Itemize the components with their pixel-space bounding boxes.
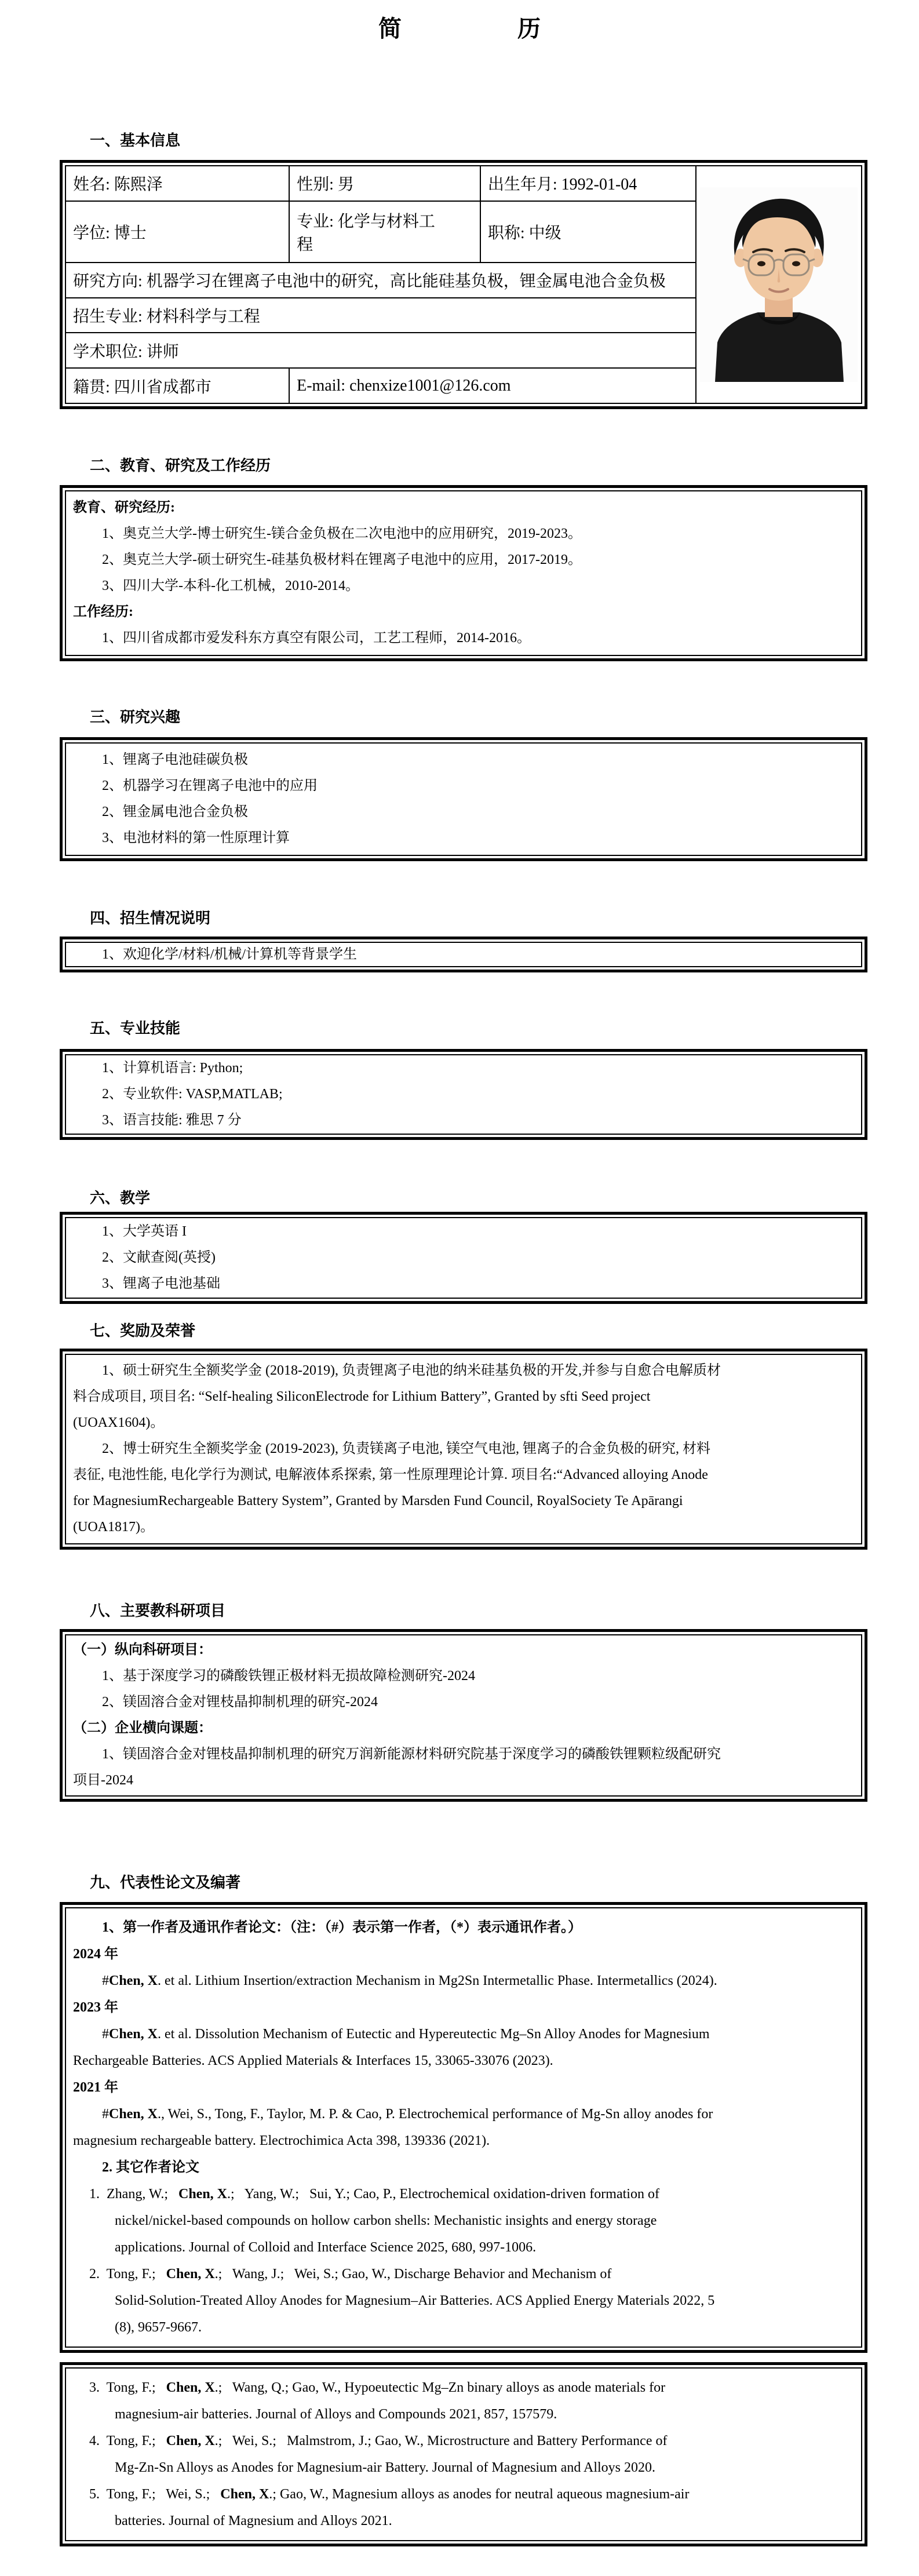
publication-ref: 5. Tong, F.; Wei, S.; Chen, X.; Gao, W.,…: [115, 2481, 854, 2534]
ref-author-highlight: Chen, X: [166, 2433, 215, 2449]
education-item: 1、奥克兰大学-博士研究生-镁合金负极在二次电池中的应用研究，2019-2023…: [73, 521, 854, 547]
publications-box-1: 1、第一作者及通讯作者论文：（注：（#）表示第一作者，（*）表示通讯作者。） 2…: [60, 1902, 867, 2353]
photo-cell: [696, 166, 862, 403]
research-direction-cell: 研究方向: 机器学习在锂离子电池中的研究，高比能硅基负极，锂金属电池合金负极: [65, 263, 696, 298]
publications-box-2: 3. Tong, F.; Chen, X.; Wang, Q.; Gao, W.…: [60, 2362, 867, 2546]
projects-box: （一）纵向科研项目： 1、基于深度学习的磷酸铁锂正极材料无损故障检测研究-202…: [60, 1629, 867, 1802]
ref-author-highlight: Chen, X: [109, 2027, 158, 2042]
skill-item: 2、专业软件: VASP,MATLAB;: [73, 1081, 854, 1107]
ref-author-highlight: Chen, X: [166, 2267, 215, 2282]
vertical-project-item: 2、镁固溶合金对锂枝晶抑制机理的研究-2024: [73, 1689, 854, 1715]
ref-author-highlight: Chen, X: [220, 2487, 269, 2502]
ref-pre: 4. Tong, F.;: [89, 2433, 166, 2449]
degree-cell: 学位: 博士: [65, 201, 289, 263]
academic-post-cell: 学术职位: 讲师: [65, 333, 696, 368]
publication-ref: #Chen, X. et al. Dissolution Mechanism o…: [73, 2021, 854, 2074]
section-heading-awards: 七、奖励及荣誉: [90, 1321, 919, 1341]
work-label: 工作经历:: [73, 599, 854, 625]
enterprise-projects-label: （二）企业横向课题：: [73, 1715, 854, 1741]
gender-cell: 性别: 男: [289, 166, 480, 201]
resume-document: 简 历 一、基本信息 姓名: 陈熙泽 性别: 男 出生年月: 1992-01-0…: [0, 14, 919, 2546]
publication-ref: #Chen, X., Wei, S., Tong, F., Taylor, M.…: [73, 2101, 854, 2154]
hometown-cell: 籍贯: 四川省成都市: [65, 368, 289, 403]
education-label: 教育、研究经历:: [73, 495, 854, 521]
enterprise-project-item: 1、镁固溶合金对锂枝晶抑制机理的研究万润新能源材料研究院基于深度学习的磷酸铁锂颗…: [73, 1741, 854, 1794]
teaching-box: 1、大学英语 I 2、文献查阅(英授) 3、锂离子电池基础: [60, 1212, 867, 1304]
section-heading-research-interests: 三、研究兴趣: [90, 708, 919, 727]
ref-author-highlight: Chen, X: [109, 1973, 158, 1988]
first-author-note: 1、第一作者及通讯作者论文：（注：（#）表示第一作者，（*）表示通讯作者。）: [73, 1914, 854, 1941]
ref-pre: 3. Tong, F.;: [89, 2380, 166, 2395]
award-paragraph: 1、硕士研究生全额奖学金 (2018-2019), 负责锂离子电池的纳米硅基负极…: [73, 1358, 854, 1436]
section-heading-basic-info: 一、基本信息: [90, 131, 919, 151]
ref-pre: #: [102, 2107, 109, 2122]
ref-pre: #: [102, 1973, 109, 1988]
section-heading-skills: 五、专业技能: [90, 1019, 919, 1039]
work-item: 1、四川省成都市爱发科东方真空有限公司，工艺工程师，2014-2016。: [73, 625, 854, 651]
ref-post: . et al. Lithium Insertion/extraction Me…: [158, 1973, 717, 1988]
ref-pre: 2. Tong, F.;: [89, 2267, 166, 2282]
year-label: 2023 年: [73, 1994, 854, 2021]
publication-ref: 3. Tong, F.; Chen, X.; Wang, Q.; Gao, W.…: [115, 2374, 854, 2428]
publication-ref: 1. Zhang, W.; Chen, X.; Yang, W.; Sui, Y…: [115, 2181, 854, 2261]
teaching-item: 2、文献查阅(英授): [73, 1245, 854, 1271]
year-label: 2024 年: [73, 1941, 854, 1967]
ref-post: ., Wei, S., Tong, F., Taylor, M. P. & Ca…: [73, 2107, 713, 2148]
ref-pre: 1. Zhang, W.;: [89, 2187, 178, 2202]
ref-post: . et al. Dissolution Mechanism of Eutect…: [73, 2027, 710, 2068]
year-label: 2021 年: [73, 2074, 854, 2101]
admission-note-box: 1、欢迎化学/材料/机械/计算机等背景学生: [60, 937, 867, 972]
interest-item: 1、锂离子电池硅碳负极: [73, 747, 854, 773]
skill-item: 1、计算机语言: Python;: [73, 1055, 854, 1081]
interest-item: 3、电池材料的第一性原理计算: [73, 825, 854, 851]
section-heading-projects: 八、主要教科研项目: [90, 1601, 919, 1621]
skills-box: 1、计算机语言: Python; 2、专业软件: VASP,MATLAB; 3、…: [60, 1049, 867, 1140]
interest-item: 2、锂金属电池合金负极: [73, 799, 854, 825]
vertical-project-item: 1、基于深度学习的磷酸铁锂正极材料无损故障检测研究-2024: [73, 1663, 854, 1689]
section-heading-education-work: 二、教育、研究及工作经历: [90, 456, 919, 476]
award-paragraph: 2、博士研究生全额奖学金 (2019-2023), 负责镁离子电池, 镁空气电池…: [73, 1436, 854, 1540]
interest-item: 2、机器学习在锂离子电池中的应用: [73, 773, 854, 799]
vertical-projects-label: （一）纵向科研项目：: [73, 1637, 854, 1663]
skill-item: 3、语言技能: 雅思 7 分: [73, 1107, 854, 1134]
major-cell: 专业: 化学与材料工 程: [289, 201, 480, 263]
ref-author-highlight: Chen, X: [109, 2107, 158, 2122]
basic-info-table: 姓名: 陈熙泽 性别: 男 出生年月: 1992-01-04: [65, 165, 862, 404]
enroll-major-cell: 招生专业: 材料科学与工程: [65, 298, 696, 333]
education-work-box: 教育、研究经历: 1、奥克兰大学-博士研究生-镁合金负极在二次电池中的应用研究，…: [60, 485, 867, 661]
teaching-item: 1、大学英语 I: [73, 1219, 854, 1245]
birthdate-cell: 出生年月: 1992-01-04: [480, 166, 696, 201]
publication-ref: 4. Tong, F.; Chen, X.; Wei, S.; Malmstro…: [115, 2428, 854, 2481]
admission-item: 1、欢迎化学/材料/机械/计算机等背景学生: [73, 944, 854, 965]
section-heading-teaching: 六、教学: [90, 1189, 919, 1208]
rank-cell: 职称: 中级: [480, 201, 696, 263]
profile-photo: [700, 187, 858, 382]
awards-box: 1、硕士研究生全额奖学金 (2018-2019), 负责锂离子电池的纳米硅基负极…: [60, 1349, 867, 1550]
basic-info-box: 姓名: 陈熙泽 性别: 男 出生年月: 1992-01-04: [60, 160, 867, 409]
email-cell: E-mail: chenxize1001@126.com: [289, 368, 696, 403]
publication-ref: 2. Tong, F.; Chen, X.; Wang, J.; Wei, S.…: [115, 2261, 854, 2341]
ref-pre: #: [102, 2027, 109, 2042]
section-heading-admission-note: 四、招生情况说明: [90, 909, 919, 928]
research-interests-box: 1、锂离子电池硅碳负极 2、机器学习在锂离子电池中的应用 2、锂金属电池合金负极…: [60, 737, 867, 861]
page-title: 简 历: [0, 14, 919, 44]
education-item: 3、四川大学-本科-化工机械，2010-2014。: [73, 573, 854, 599]
ref-pre: 5. Tong, F.; Wei, S.;: [89, 2487, 220, 2502]
ref-author-highlight: Chen, X: [166, 2380, 215, 2395]
ref-author-highlight: Chen, X: [178, 2187, 227, 2202]
education-item: 2、奥克兰大学-硕士研究生-硅基负极材料在锂离子电池中的应用，2017-2019…: [73, 547, 854, 573]
publication-ref: #Chen, X. et al. Lithium Insertion/extra…: [73, 1967, 854, 1994]
name-cell: 姓名: 陈熙泽: [65, 166, 289, 201]
teaching-item: 3、锂离子电池基础: [73, 1271, 854, 1297]
section-heading-publications: 九、代表性论文及编著: [90, 1873, 919, 1893]
other-author-label: 2. 其它作者论文: [73, 2154, 854, 2181]
